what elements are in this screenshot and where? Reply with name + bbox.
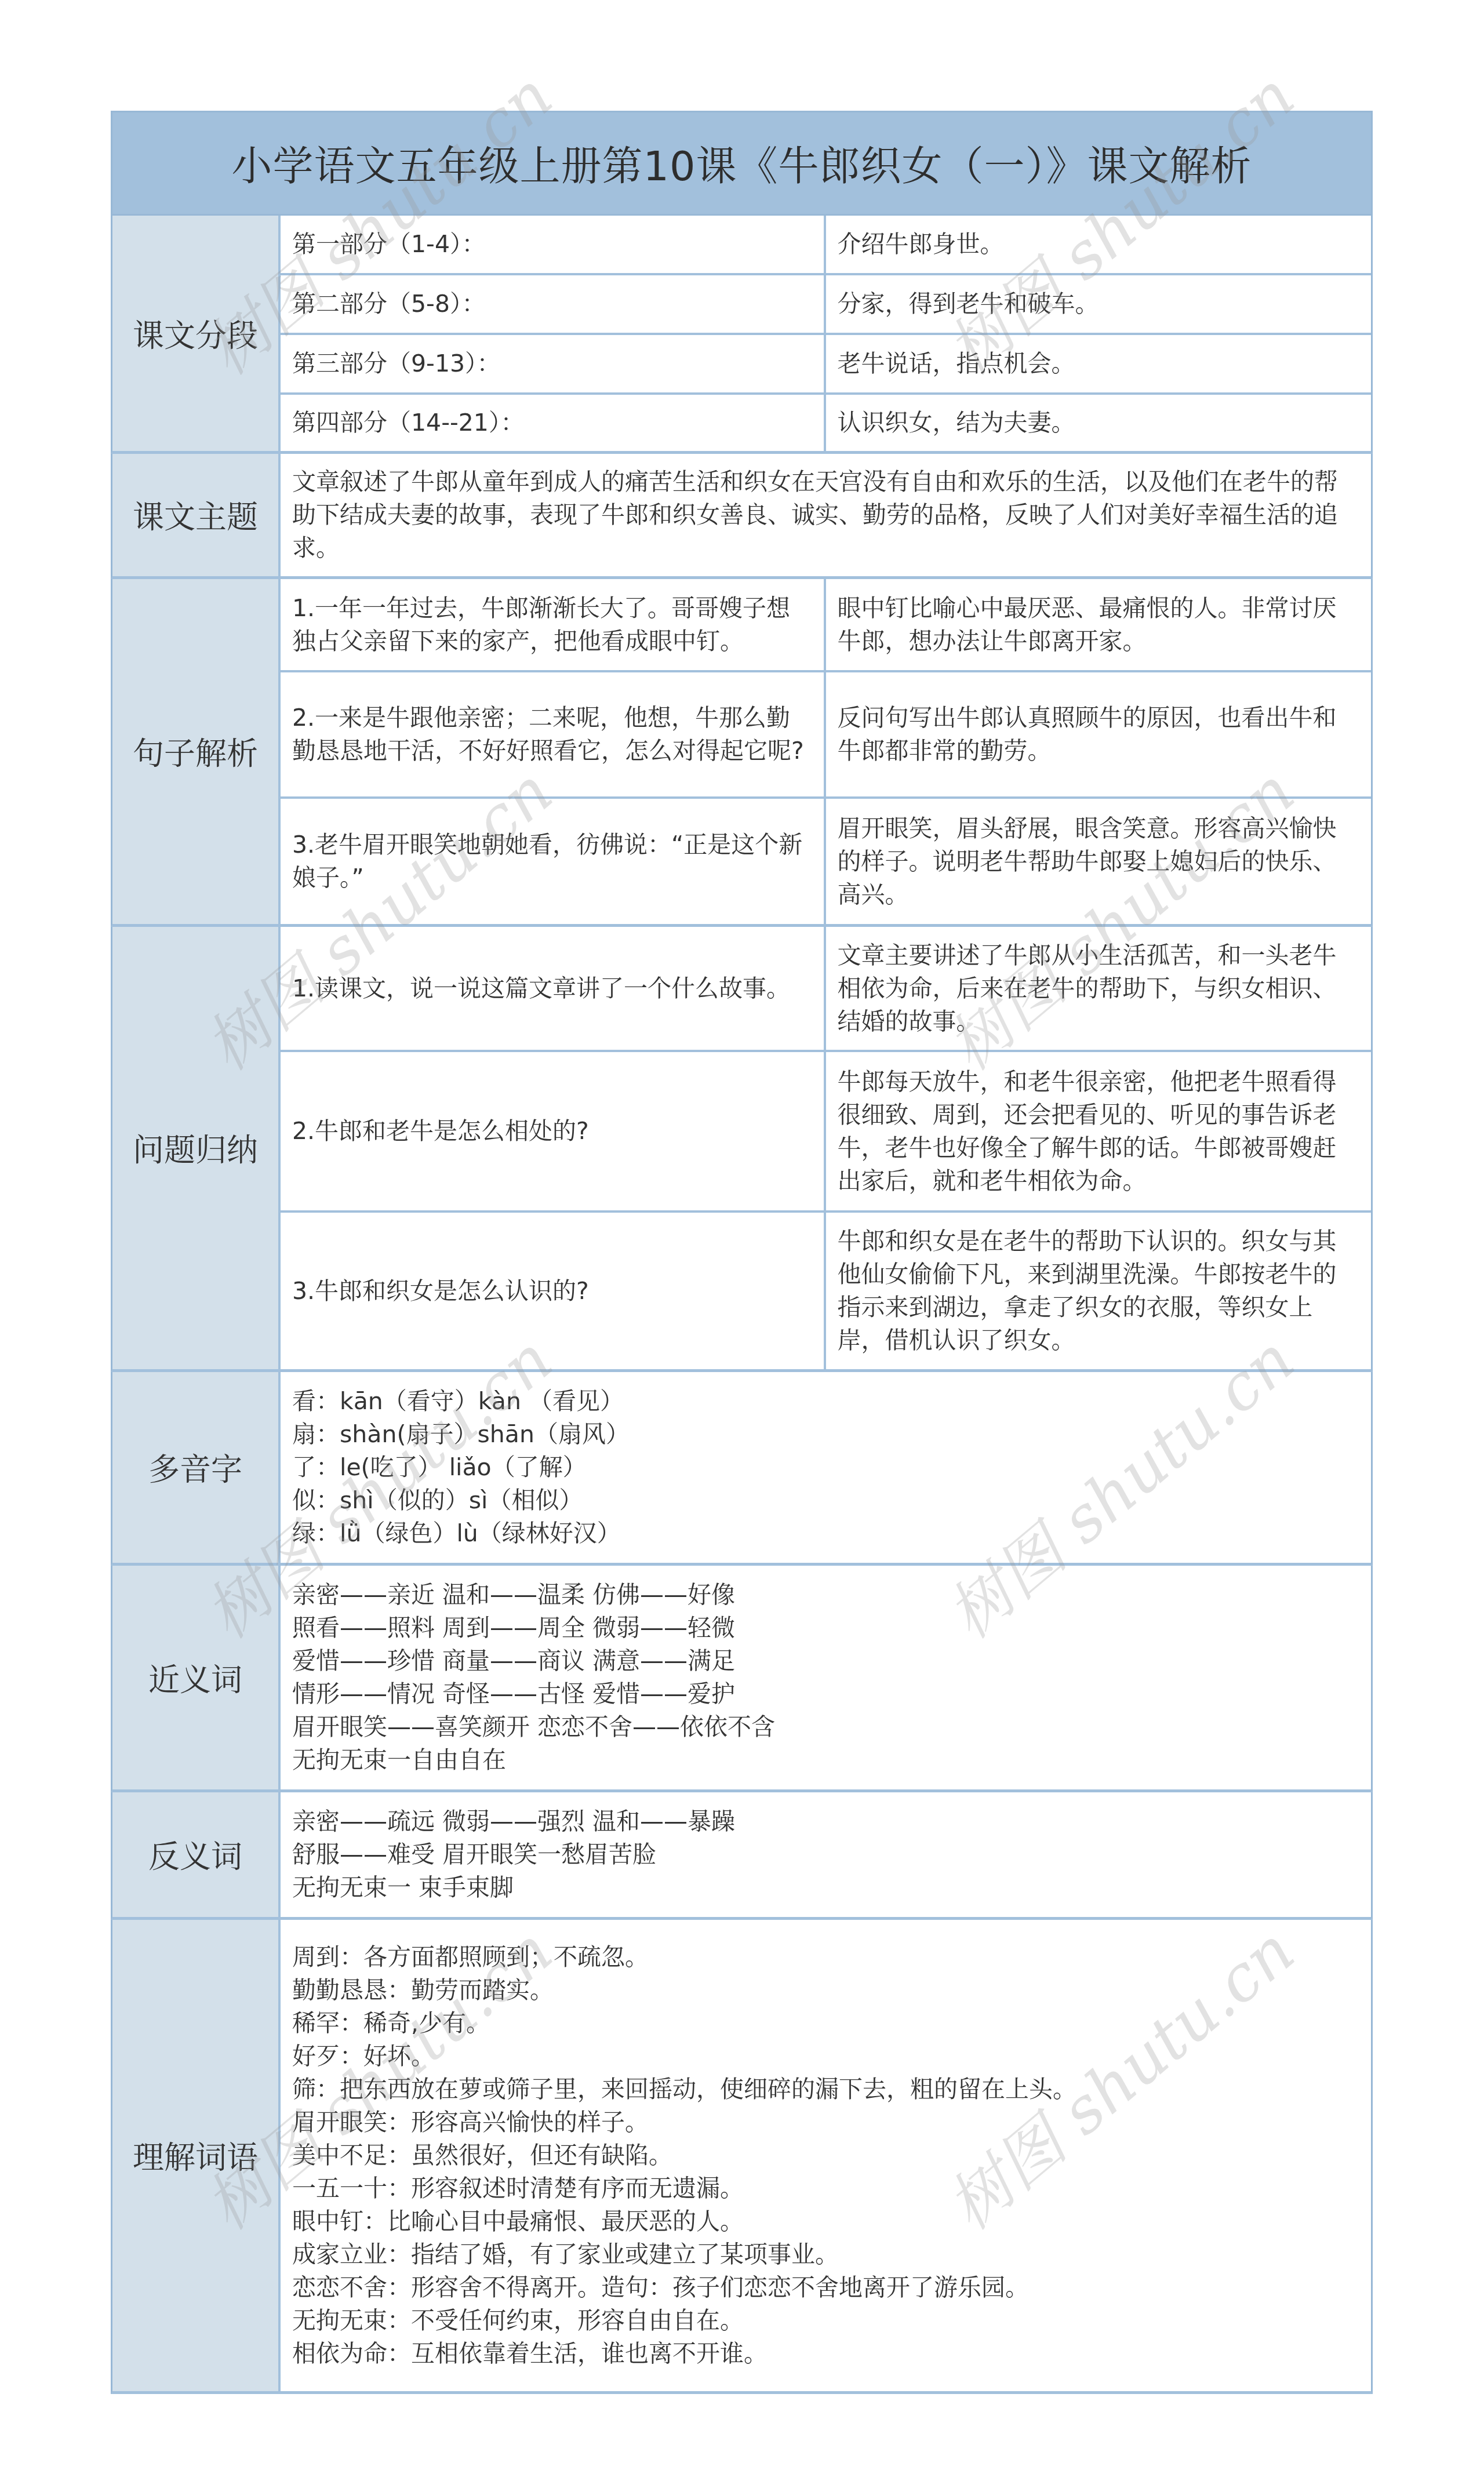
segment-part: 第四部分（14--21）：	[281, 395, 826, 451]
segments-content: 第一部分（1-4）： 介绍牛郎身世。 第二部分（5-8）： 分家，得到老牛和破车…	[281, 216, 1371, 451]
segment-part: 第一部分（1-4）：	[281, 216, 826, 273]
question-answer: 文章主要讲述了牛郎从小生活孤苦，和一头老牛相依为命，后来在老牛的帮助下，与织女相…	[826, 927, 1372, 1050]
section-synonyms: 近义词 亲密——亲近 温和——温柔 仿佛——好像 照看——照料 周到——周全 微…	[111, 1566, 1373, 1792]
questions-content: 1.读课文，说一说这篇文章讲了一个什么故事。 文章主要讲述了牛郎从小生活孤苦，和…	[281, 927, 1371, 1369]
section-questions: 问题归纳 1.读课文，说一说这篇文章讲了一个什么故事。 文章主要讲述了牛郎从小生…	[111, 927, 1373, 1372]
list-item: 照看——照料 周到——周全 微弱——轻微	[292, 1611, 1359, 1645]
list-item: 了：le(吃了） liǎo（了解）	[292, 1451, 1359, 1484]
page-title: 小学语文五年级上册第10课《牛郎织女（一）》课文解析	[111, 111, 1373, 216]
list-item: 无拘无束一 束手束脚	[292, 1871, 1359, 1904]
polyphones-content: 看：kān（看守）kàn （看见） 扇：shàn(扇子）shān（扇风） 了：l…	[281, 1372, 1371, 1563]
table-row: 2.牛郎和老牛是怎么相处的? 牛郎每天放牛，和老牛很亲密，他把老牛照看得很细致、…	[281, 1052, 1371, 1213]
question-text: 2.牛郎和老牛是怎么相处的?	[281, 1052, 826, 1210]
section-segments: 课文分段 第一部分（1-4）： 介绍牛郎身世。 第二部分（5-8）： 分家，得到…	[111, 216, 1373, 454]
list-item: 爱惜——珍惜 商量——商议 满意——满足	[292, 1645, 1359, 1678]
list-item: 美中不足：虽然很好，但还有缺陷。	[292, 2139, 1359, 2172]
list-item: 筛：把东西放在萝或筛子里，来回摇动，使细碎的漏下去，粗的留在上头。	[292, 2073, 1359, 2106]
section-label: 反义词	[112, 1792, 281, 1917]
lesson-analysis-table: 小学语文五年级上册第10课《牛郎织女（一）》课文解析 课文分段 第一部分（1-4…	[111, 111, 1373, 2394]
question-text: 1.读课文，说一说这篇文章讲了一个什么故事。	[281, 927, 826, 1050]
sentence-analysis: 眼中钉比喻心中最厌恶、最痛恨的人。非常讨厌牛郎，想办法让牛郎离开家。	[826, 579, 1372, 670]
segment-desc: 介绍牛郎身世。	[826, 216, 1372, 273]
table-row: 2.一来是牛跟他亲密；二来呢，他想，牛那么勤勤恳恳地干活，不好好照看它，怎么对得…	[281, 672, 1371, 799]
question-text: 3.牛郎和织女是怎么认识的?	[281, 1213, 826, 1369]
list-item: 成家立业：指结了婚，有了家业或建立了某项事业。	[292, 2238, 1359, 2271]
list-item: 一五一十：形容叙述时清楚有序而无遗漏。	[292, 2172, 1359, 2205]
segment-desc: 分家，得到老牛和破车。	[826, 275, 1372, 333]
section-polyphones: 多音字 看：kān（看守）kàn （看见） 扇：shàn(扇子）shān（扇风）…	[111, 1372, 1373, 1566]
section-antonyms: 反义词 亲密——疏远 微弱——强烈 温和——暴躁 舒服——难受 眉开眼笑一愁眉苦…	[111, 1792, 1373, 1920]
table-row: 1.一年一年过去，牛郎渐渐长大了。哥哥嫂子想独占父亲留下来的家产，把他看成眼中钉…	[281, 579, 1371, 672]
sentence-text: 1.一年一年过去，牛郎渐渐长大了。哥哥嫂子想独占父亲留下来的家产，把他看成眼中钉…	[281, 579, 826, 670]
list-item: 眉开眼笑——喜笑颜开 恋恋不舍——依依不含	[292, 1711, 1359, 1744]
theme-text: 文章叙述了牛郎从童年到成人的痛苦生活和织女在天宫没有自由和欢乐的生活，以及他们在…	[281, 454, 1371, 576]
list-item: 情形——情况 奇怪——古怪 爱惜——爱护	[292, 1678, 1359, 1711]
section-label: 问题归纳	[112, 927, 281, 1369]
section-label: 课文分段	[112, 216, 281, 451]
list-item: 看：kān（看守）kàn （看见）	[292, 1385, 1359, 1418]
table-row: 3.牛郎和织女是怎么认识的? 牛郎和织女是在老牛的帮助下认识的。织女与其他仙女偷…	[281, 1213, 1371, 1369]
question-answer: 牛郎每天放牛，和老牛很亲密，他把老牛照看得很细致、周到，还会把看见的、听见的事告…	[826, 1052, 1372, 1210]
list-item: 周到：各方面都照顾到；不疏忽。	[292, 1941, 1359, 1974]
list-item: 眉开眼笑：形容高兴愉快的样子。	[292, 2106, 1359, 2139]
question-answer: 牛郎和织女是在老牛的帮助下认识的。织女与其他仙女偷偷下凡，来到湖里洗澡。牛郎按老…	[826, 1213, 1372, 1369]
list-item: 绿：lǜ（绿色）lù（绿林好汉）	[292, 1517, 1359, 1550]
section-label: 理解词语	[112, 1920, 281, 2391]
segment-part: 第三部分（9-13）：	[281, 335, 826, 392]
antonyms-content: 亲密——疏远 微弱——强烈 温和——暴躁 舒服——难受 眉开眼笑一愁眉苦脸 无拘…	[281, 1792, 1371, 1917]
segment-desc: 老牛说话，指点机会。	[826, 335, 1372, 392]
section-vocabulary: 理解词语 周到：各方面都照顾到；不疏忽。 勤勤恳恳：勤劳而踏实。 稀罕：稀奇,少…	[111, 1920, 1373, 2394]
list-item: 舒服——难受 眉开眼笑一愁眉苦脸	[292, 1838, 1359, 1871]
segment-part: 第二部分（5-8）：	[281, 275, 826, 333]
section-label: 句子解析	[112, 579, 281, 924]
section-theme: 课文主题 文章叙述了牛郎从童年到成人的痛苦生活和织女在天宫没有自由和欢乐的生活，…	[111, 454, 1373, 579]
table-row: 3.老牛眉开眼笑地朝她看，彷佛说：“正是这个新娘子。” 眉开眼笑，眉头舒展，眼含…	[281, 799, 1371, 924]
list-item: 无拘无束：不受任何约束，形容自由自在。	[292, 2304, 1359, 2337]
table-row: 第三部分（9-13）： 老牛说话，指点机会。	[281, 335, 1371, 395]
sentence-analysis: 反问句写出牛郎认真照顾牛的原因，也看出牛和牛郎都非常的勤劳。	[826, 672, 1372, 796]
section-label: 课文主题	[112, 454, 281, 576]
synonyms-content: 亲密——亲近 温和——温柔 仿佛——好像 照看——照料 周到——周全 微弱——轻…	[281, 1566, 1371, 1789]
table-row: 第四部分（14--21）： 认识织女，结为夫妻。	[281, 395, 1371, 451]
table-row: 第一部分（1-4）： 介绍牛郎身世。	[281, 216, 1371, 275]
list-item: 好歹：好坏。	[292, 2040, 1359, 2073]
section-label: 近义词	[112, 1566, 281, 1789]
table-row: 1.读课文，说一说这篇文章讲了一个什么故事。 文章主要讲述了牛郎从小生活孤苦，和…	[281, 927, 1371, 1052]
sentence-analysis: 眉开眼笑，眉头舒展，眼含笑意。形容高兴愉快的样子。说明老牛帮助牛郎娶上媳妇后的快…	[826, 799, 1372, 924]
list-item: 亲密——疏远 微弱——强烈 温和——暴躁	[292, 1805, 1359, 1838]
vocabulary-content: 周到：各方面都照顾到；不疏忽。 勤勤恳恳：勤劳而踏实。 稀罕：稀奇,少有。 好歹…	[281, 1920, 1371, 2391]
list-item: 相依为命：互相依靠着生活，谁也离不开谁。	[292, 2337, 1359, 2370]
section-label: 多音字	[112, 1372, 281, 1563]
segment-desc: 认识织女，结为夫妻。	[826, 395, 1372, 451]
list-item: 眼中钉：比喻心目中最痛恨、最厌恶的人。	[292, 2205, 1359, 2238]
sentence-text: 3.老牛眉开眼笑地朝她看，彷佛说：“正是这个新娘子。”	[281, 799, 826, 924]
list-item: 稀罕：稀奇,少有。	[292, 2007, 1359, 2040]
list-item: 勤勤恳恳：勤劳而踏实。	[292, 1974, 1359, 2007]
table-row: 第二部分（5-8）： 分家，得到老牛和破车。	[281, 275, 1371, 335]
list-item: 恋恋不舍：形容舍不得离开。造句：孩子们恋恋不舍地离开了游乐园。	[292, 2271, 1359, 2304]
sentences-content: 1.一年一年过去，牛郎渐渐长大了。哥哥嫂子想独占父亲留下来的家产，把他看成眼中钉…	[281, 579, 1371, 924]
theme-content: 文章叙述了牛郎从童年到成人的痛苦生活和织女在天宫没有自由和欢乐的生活，以及他们在…	[281, 454, 1371, 576]
list-item: 扇：shàn(扇子）shān（扇风）	[292, 1418, 1359, 1451]
list-item: 亲密——亲近 温和——温柔 仿佛——好像	[292, 1578, 1359, 1611]
section-sentences: 句子解析 1.一年一年过去，牛郎渐渐长大了。哥哥嫂子想独占父亲留下来的家产，把他…	[111, 579, 1373, 927]
list-item: 无拘无束一自由自在	[292, 1744, 1359, 1777]
sentence-text: 2.一来是牛跟他亲密；二来呢，他想，牛那么勤勤恳恳地干活，不好好照看它，怎么对得…	[281, 672, 826, 796]
list-item: 似：shì（似的）sì（相似）	[292, 1484, 1359, 1517]
